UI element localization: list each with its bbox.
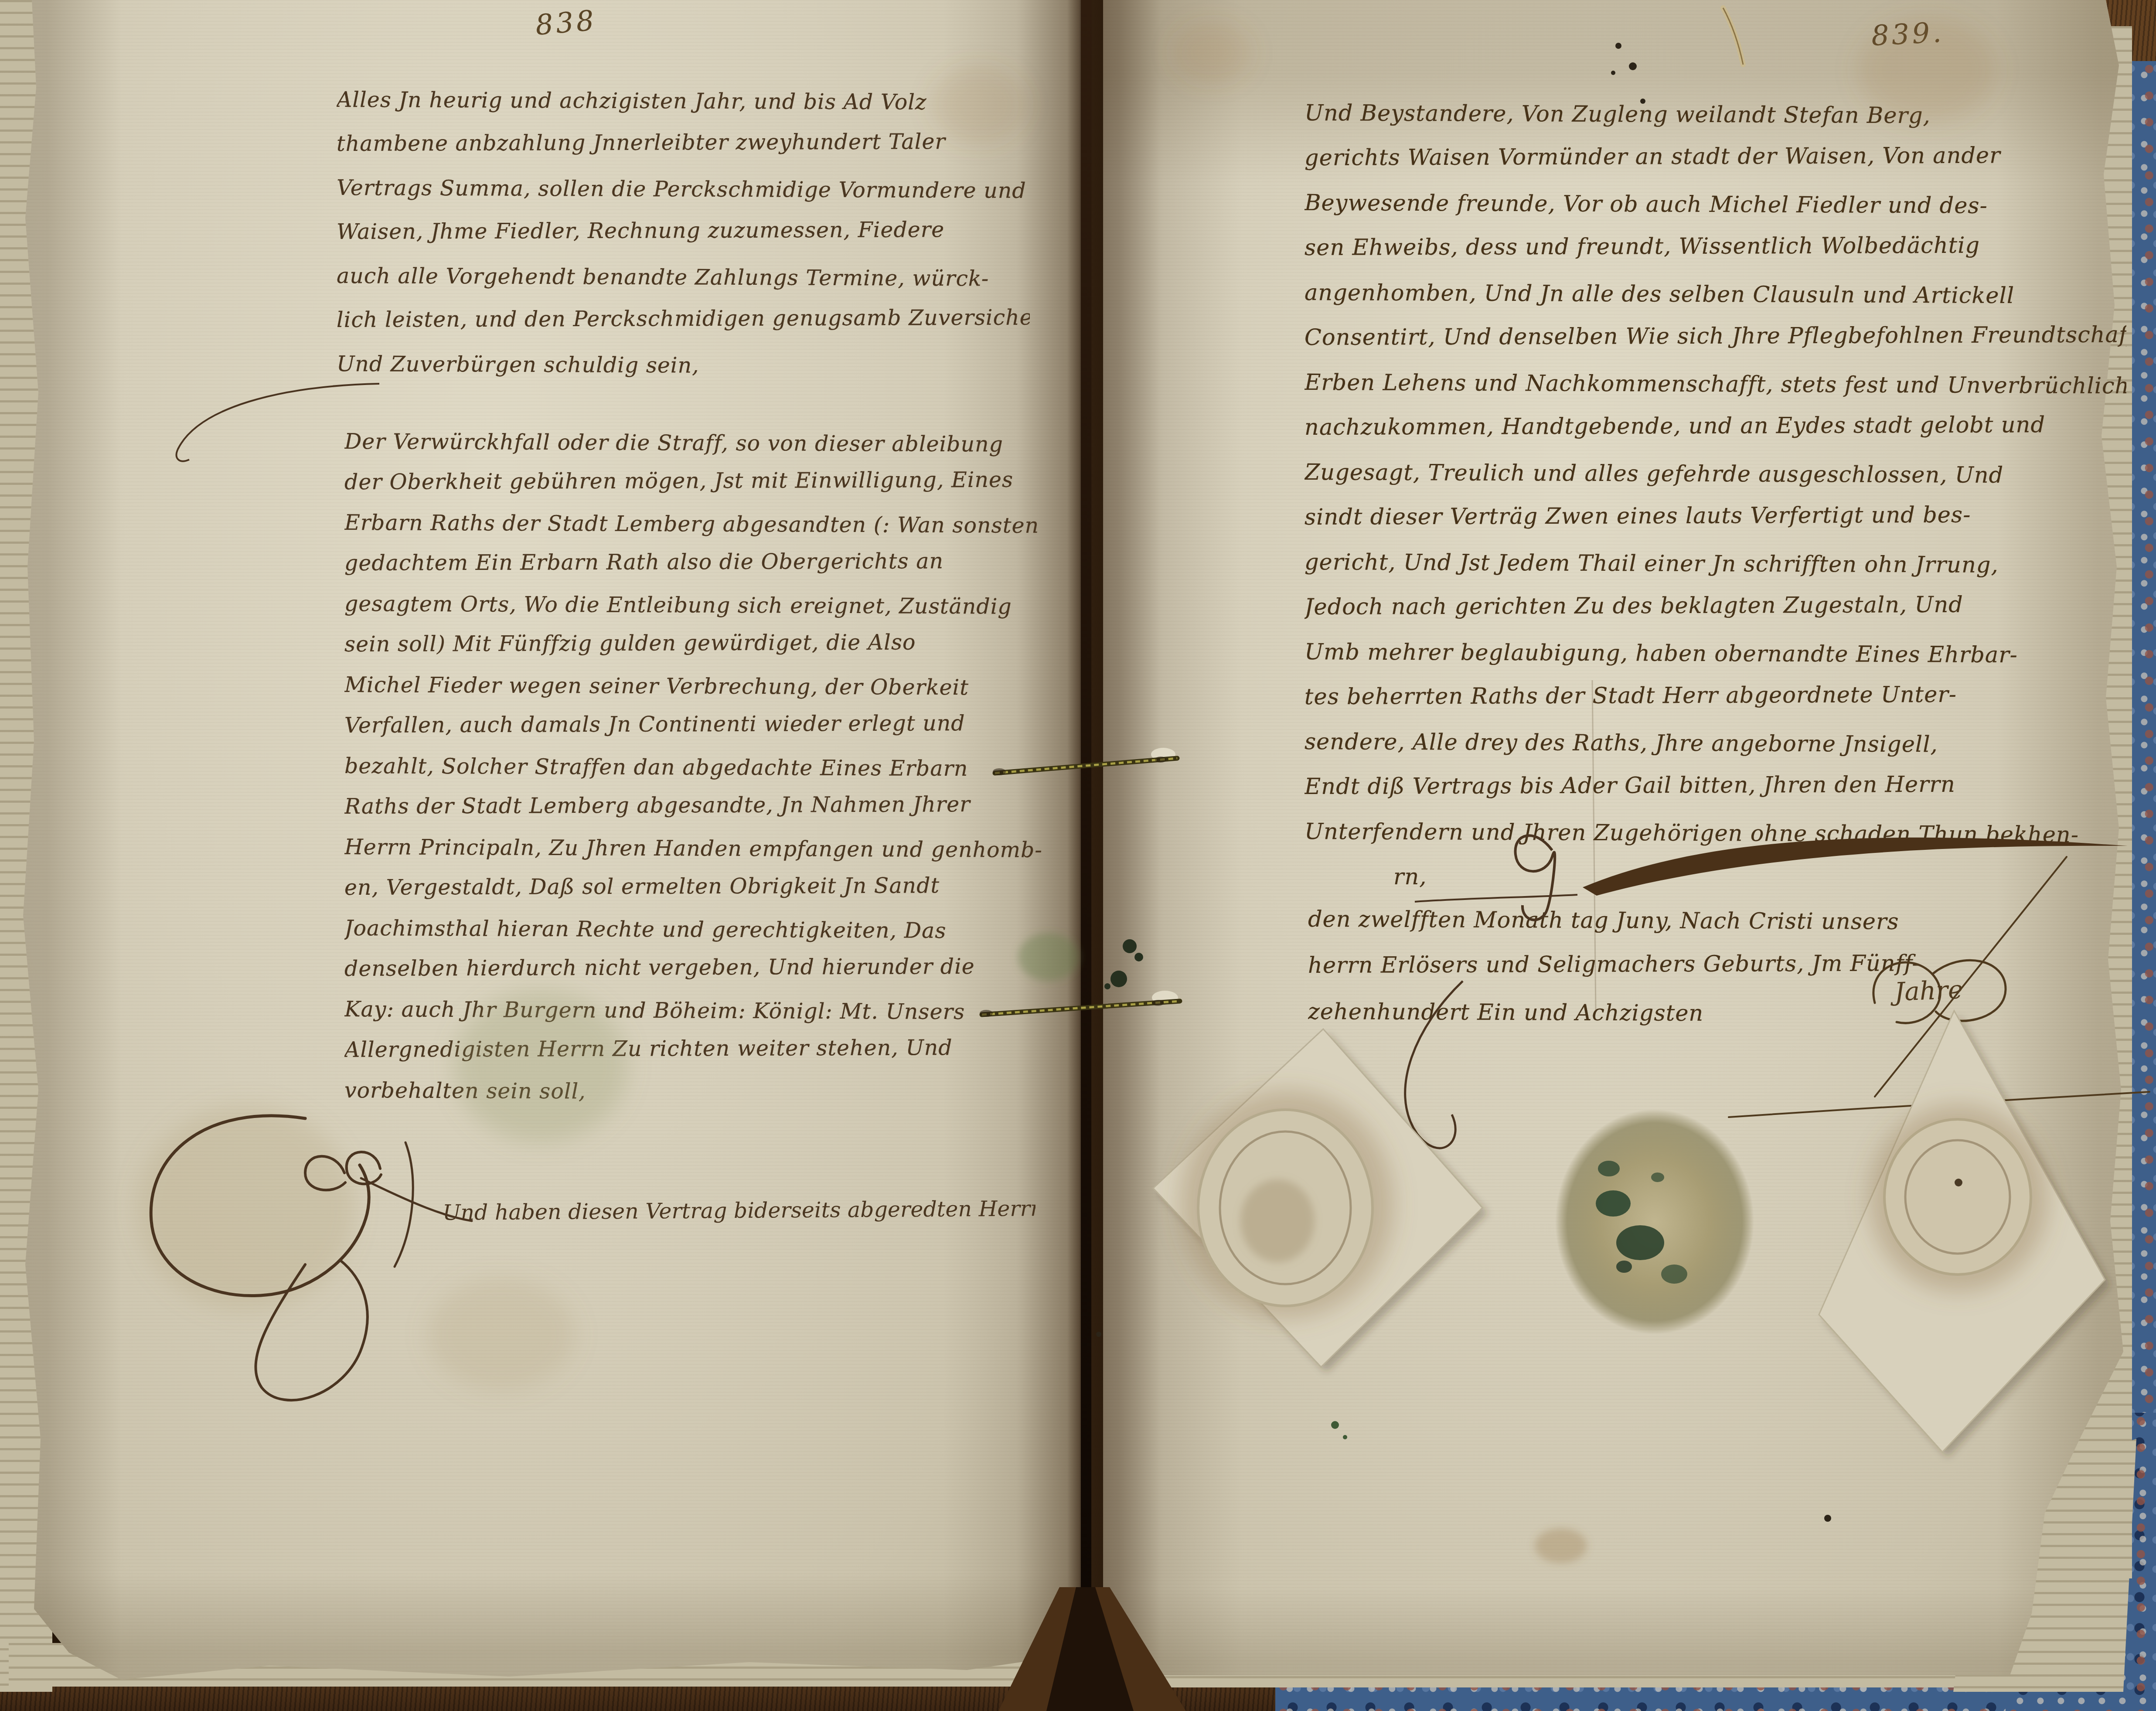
paper-crease	[1592, 680, 1596, 1012]
green-wax-seal	[1555, 1109, 1754, 1334]
date-swash-flourish	[1405, 835, 2128, 1148]
gutter-bottom-wedge	[998, 1587, 1186, 1711]
binding-stitch-top	[993, 748, 1177, 775]
binding-stitch-bottom	[980, 991, 1180, 1017]
ink-and-seal-overlay	[0, 0, 2156, 1711]
manuscript-photograph: 838 839. Alles Jn heurig und achzigisten…	[0, 0, 2156, 1711]
initial-flourish	[177, 384, 379, 461]
paper-stains	[137, 17, 1997, 1563]
straw-fiber	[1723, 8, 1743, 65]
papered-seal-left	[1153, 1029, 1488, 1372]
papered-seal-right	[1819, 1011, 2110, 1457]
